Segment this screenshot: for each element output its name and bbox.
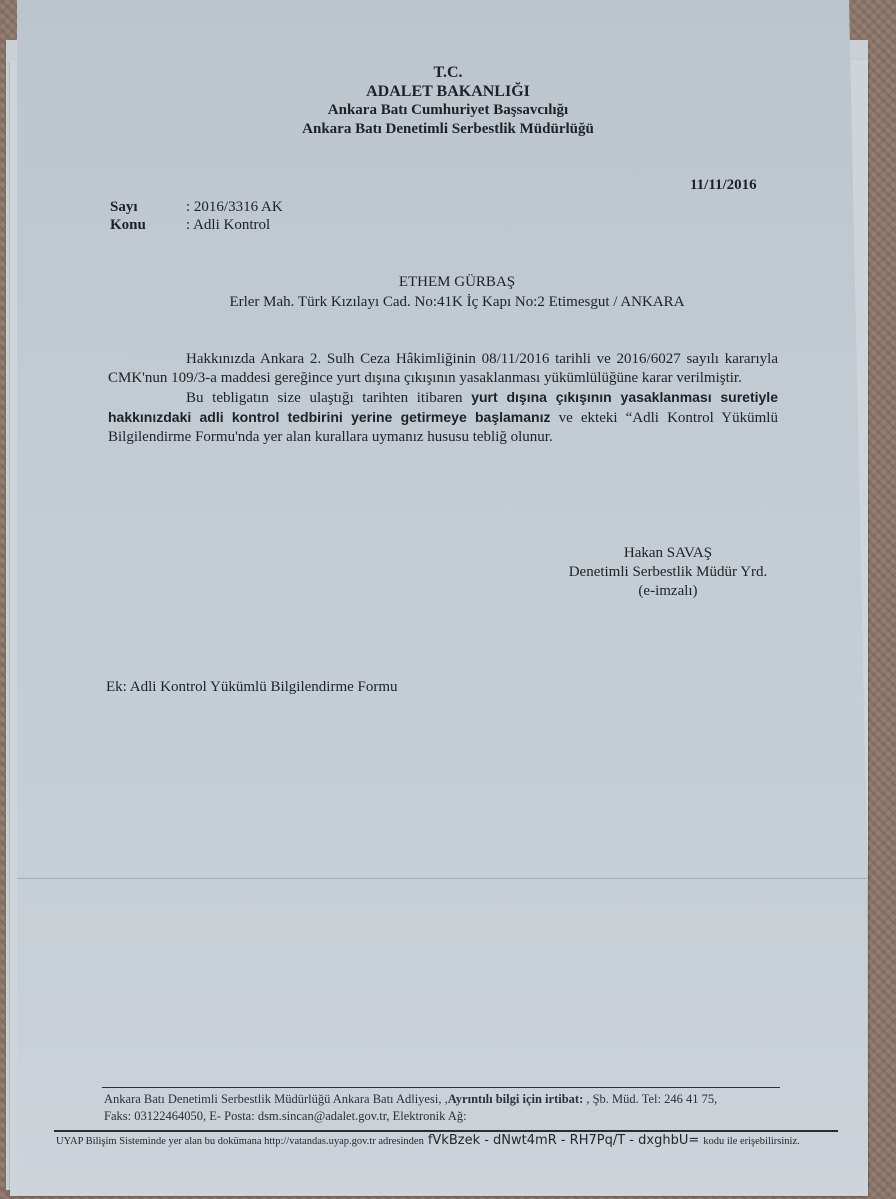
number-value: : 2016/3316 AK	[186, 199, 283, 216]
subject-value: : Adli Kontrol	[186, 217, 270, 234]
addressee-address: Erler Mah. Türk Kızılayı Cad. No:41K İç …	[0, 292, 896, 312]
attachment-line: Ek: Adli Kontrol Yükümlü Bilgilendirme F…	[106, 679, 398, 696]
subject-label: Konu	[110, 217, 146, 234]
addressee-name: ETHEM GÜRBAŞ	[0, 272, 896, 292]
signer-name: Hakan SAVAŞ	[548, 544, 788, 563]
uyap-code: fVkBzek - dNwt4mR - RH7Pq/T - dxghbU=	[428, 1133, 699, 1148]
body-text-span: Bu tebligatın size ulaştığı tarihten iti…	[186, 390, 471, 406]
signature-note: (e-imzalı)	[548, 582, 788, 601]
number-label: Sayı	[110, 199, 138, 216]
addressee-block: ETHEM GÜRBAŞ Erler Mah. Türk Kızılayı Ca…	[0, 272, 896, 312]
letterhead-prosecutor: Ankara Batı Cumhuriyet Başsavcılığı	[0, 101, 896, 120]
footer-line-2: Faks: 03122464050, E- Posta: dsm.sincan@…	[104, 1108, 467, 1124]
letterhead-directorate: Ankara Batı Denetimli Serbestlik Müdürlü…	[0, 120, 896, 139]
letter-body: Hakkınızda Ankara 2. Sulh Ceza Hâkimliği…	[108, 350, 778, 447]
document-date: 11/11/2016	[690, 177, 757, 194]
footer-text-span: , Şb. Müd. Tel: 246 41 75,	[583, 1092, 717, 1106]
footer-rule-top	[102, 1087, 780, 1088]
footer-rule-bottom	[54, 1130, 838, 1132]
letterhead: T.C. ADALET BAKANLIĞI Ankara Batı Cumhur…	[0, 63, 896, 139]
footer-bold-span: Ayrıntılı bilgi için irtibat:	[448, 1092, 584, 1106]
paper-fold	[17, 878, 867, 879]
uyap-prefix: UYAP Bilişim Sisteminde yer alan bu dokü…	[56, 1136, 424, 1147]
footer-line-1: Ankara Batı Denetimli Serbestlik Müdürlü…	[104, 1091, 717, 1107]
body-paragraph-1: Hakkınızda Ankara 2. Sulh Ceza Hâkimliği…	[108, 350, 778, 388]
signature-block: Hakan SAVAŞ Denetimli Serbestlik Müdür Y…	[548, 544, 788, 601]
uyap-access-line: UYAP Bilişim Sisteminde yer alan bu dokü…	[56, 1133, 800, 1148]
signer-title: Denetimli Serbestlik Müdür Yrd.	[548, 563, 788, 582]
uyap-suffix: kodu ile erişebilirsiniz.	[703, 1136, 800, 1147]
letterhead-ministry: ADALET BAKANLIĞI	[0, 82, 896, 101]
body-paragraph-2: Bu tebligatın size ulaştığı tarihten iti…	[108, 388, 778, 447]
letterhead-tc: T.C.	[0, 63, 896, 82]
footer-text-span: Ankara Batı Denetimli Serbestlik Müdürlü…	[104, 1092, 448, 1106]
